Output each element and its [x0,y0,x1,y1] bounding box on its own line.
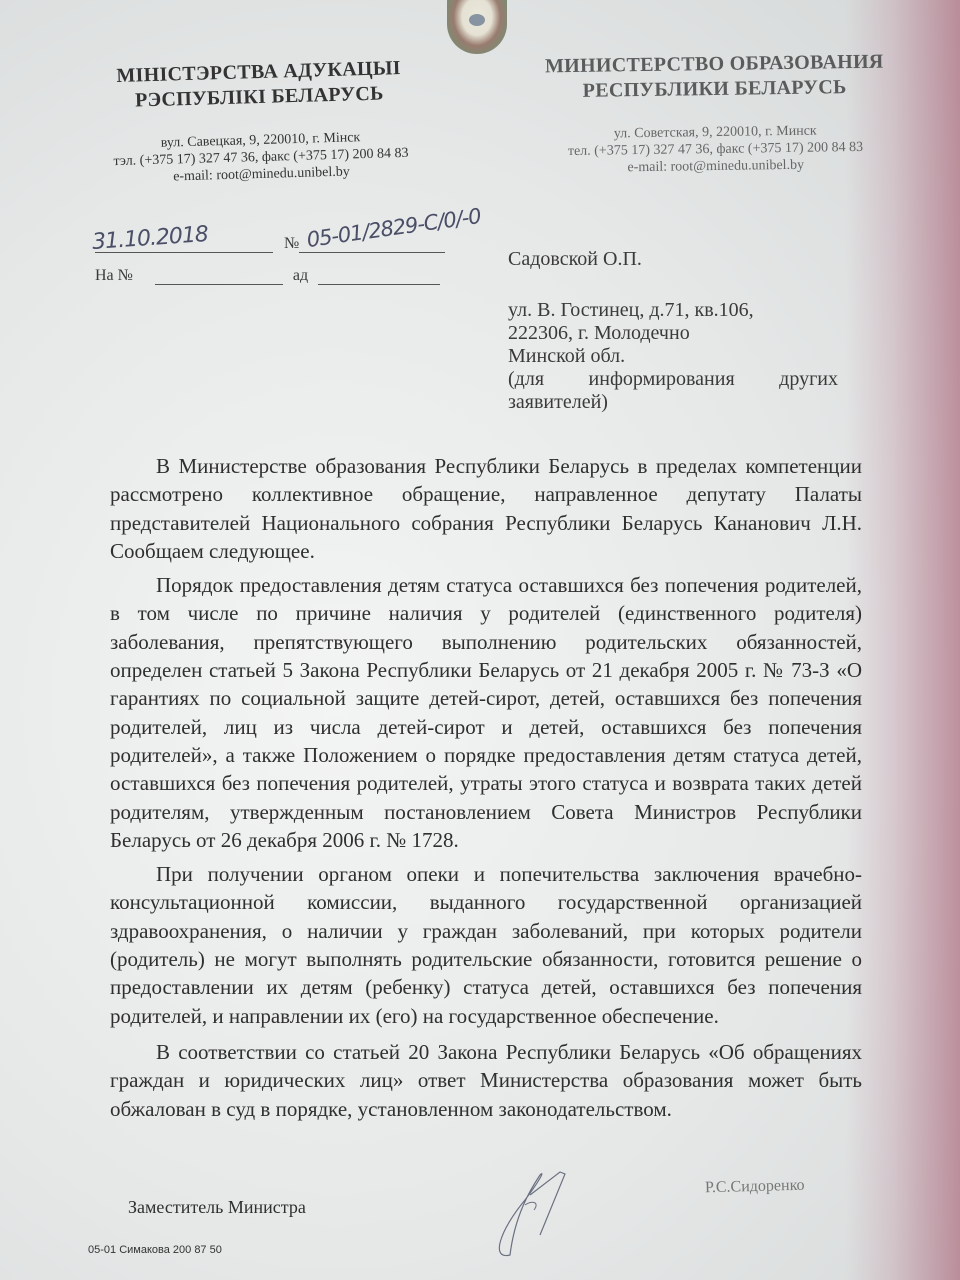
reply-to-label: На № [95,267,133,284]
letterhead-russian: МИНИСТЕРСТВО ОБРАЗОВАНИЯ РЕСПУБЛИКИ БЕЛА… [524,49,906,177]
reply-to-line: На № ад [95,266,440,285]
recipient-address-line2: 222306, г. Молодечно [508,322,838,345]
recipient-address-line1: ул. В. Гостинец, д.71, кв.106, [508,299,838,322]
number-label: № [284,235,299,252]
body-paragraph: При получении органом опеки и попечитель… [110,860,862,1030]
body-paragraph: Порядок предоставления детям статуса ост… [110,571,862,854]
from-label: ад [293,267,308,284]
globe-emblem [469,14,485,26]
recipient-address-line3: Минской обл. [508,345,838,368]
handwritten-signature-icon [470,1160,590,1260]
recipient-note-line1: (для информирования других [508,368,838,391]
signer-name: Р.С.Сидоренко [705,1177,805,1198]
recipient-block: Садовской О.П. ул. В. Гостинец, д.71, кв… [508,248,838,414]
letter-page: МІНІСТЭРСТВА АДУКАЦЫІ РЭСПУБЛІКІ БЕЛАРУС… [0,0,960,1280]
letter-body: В Министерстве образования Республики Бе… [110,452,862,1129]
letterhead-belarusian: МІНІСТЭРСТВА АДУКАЦЫІ РЭСПУБЛІКІ БЕЛАРУС… [98,56,421,188]
recipient-note-line2: заявителей) [508,391,838,414]
org-name-line2: РЕСПУБЛИКИ БЕЛАРУСЬ [525,74,905,104]
body-paragraph: В Министерстве образования Республики Бе… [110,452,862,565]
recipient-name: Садовской О.П. [508,248,838,271]
body-paragraph: В соответствии со статьей 20 Закона Респ… [110,1038,862,1123]
coat-of-arms-icon [447,0,507,54]
org-name-line1: МИНИСТЕРСТВО ОБРАЗОВАНИЯ [524,49,904,79]
executor-note: 05-01 Симакова 200 87 50 [88,1244,222,1256]
signer-position: Заместитель Министра [128,1197,306,1218]
